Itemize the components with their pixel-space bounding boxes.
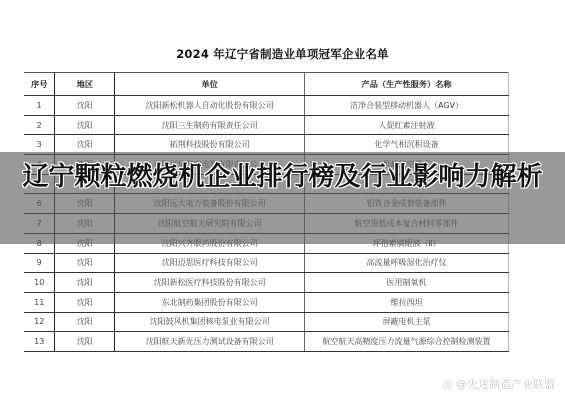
cell-company: 沈阳三生制药有限责任公司 xyxy=(115,115,305,135)
cell-product: 洁净合装型移动机器人（AGV） xyxy=(305,96,509,116)
cell-region: 沈阳 xyxy=(55,273,115,293)
table-row: 12 沈阳 沈阳鼓风机集团核电泵业有限公司 屏蔽电机主泵 xyxy=(24,312,509,332)
table-row: 13 沈阳 沈阳航天新光压力测试设备有限公司 航空航天高精度压力流量气源综合控制… xyxy=(24,332,509,352)
cell-product: 屏蔽电机主泵 xyxy=(305,312,509,332)
cell-product: 高流量呼吸湿化治疗仪 xyxy=(305,253,509,273)
cell-company: 沈阳鼓风机集团核电泵业有限公司 xyxy=(115,312,305,332)
table-row: 1 沈阳 沈阳新松机器人自动化股份有限公司 洁净合装型移动机器人（AGV） xyxy=(24,96,509,116)
cell-region: 沈阳 xyxy=(55,312,115,332)
cell-company: 沈阳新松医疗科技股份有限公司 xyxy=(115,273,305,293)
cell-product: 人促红素注射液 xyxy=(305,115,509,135)
cell-index: 1 xyxy=(24,96,55,116)
watermark: ◎ @先进制造产业联盟 xyxy=(443,376,555,392)
table-header-row: 序号 地区 单位 产品（生产性服务）名称 xyxy=(24,73,509,96)
watermark-text: @先进制造产业联盟 xyxy=(456,376,555,392)
cell-index: 10 xyxy=(24,273,55,293)
cell-region: 沈阳 xyxy=(55,332,115,352)
cell-company: 东北制药集团股份有限公司 xyxy=(115,292,305,312)
document-title: 2024 年辽宁省制造业单项冠军企业名单 xyxy=(0,46,565,62)
cell-region: 沈阳 xyxy=(55,253,115,273)
cell-company: 沈阳迈思医疗科技有限公司 xyxy=(115,253,305,273)
cell-product: 医用制氧机 xyxy=(305,273,509,293)
table-row: 10 沈阳 沈阳新松医疗科技股份有限公司 医用制氧机 xyxy=(24,273,509,293)
header-company: 单位 xyxy=(115,73,305,96)
cell-company: 沈阳新松机器人自动化股份有限公司 xyxy=(115,96,305,116)
cell-company: 沈阳航天新光压力测试设备有限公司 xyxy=(115,332,305,352)
cell-region: 沈阳 xyxy=(55,96,115,116)
headline-title: 辽宁颗粒燃烧机企业排行榜及行业影响力解析 xyxy=(0,160,565,194)
cell-region: 沈阳 xyxy=(55,115,115,135)
weibo-icon: ◎ xyxy=(443,377,453,391)
cell-product: 维拉西坦 xyxy=(305,292,509,312)
table-row: 9 沈阳 沈阳迈思医疗科技有限公司 高流量呼吸湿化治疗仪 xyxy=(24,253,509,273)
cell-index: 11 xyxy=(24,292,55,312)
cell-index: 13 xyxy=(24,332,55,352)
table-row: 11 沈阳 东北制药集团股份有限公司 维拉西坦 xyxy=(24,292,509,312)
header-product: 产品（生产性服务）名称 xyxy=(305,73,509,96)
header-index: 序号 xyxy=(24,73,55,96)
cell-index: 9 xyxy=(24,253,55,273)
cell-index: 12 xyxy=(24,312,55,332)
table-row: 2 沈阳 沈阳三生制药有限责任公司 人促红素注射液 xyxy=(24,115,509,135)
header-region: 地区 xyxy=(55,73,115,96)
cell-region: 沈阳 xyxy=(55,292,115,312)
cell-product: 航空航天高精度压力流量气源综合控制检测装置 xyxy=(305,332,509,352)
cell-index: 2 xyxy=(24,115,55,135)
